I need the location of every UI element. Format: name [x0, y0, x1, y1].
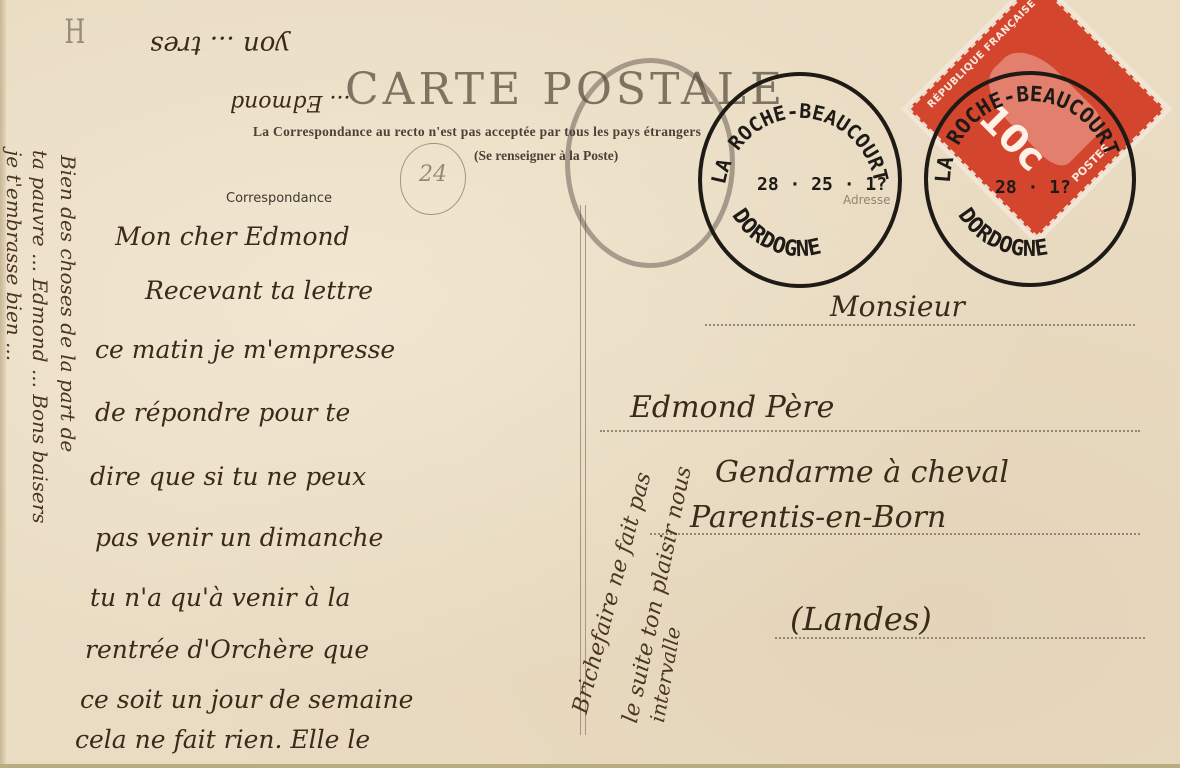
postmark-ring-icon: LA ROCHE-BEAUCOURT DORDOGNE 28 · 1? — [920, 68, 1140, 290]
message-line: Recevant ta lettre — [145, 276, 373, 305]
svg-text:28 · 1?: 28 · 1? — [995, 177, 1071, 198]
margin-note-left: Bien des choses de la part de — [56, 155, 80, 452]
message-line: cela ne fait rien. Elle le — [75, 725, 370, 754]
circled-number-text: 24 — [419, 162, 447, 187]
address-line-1: Gendarme à cheval — [715, 455, 1009, 490]
svg-text:28 · 25 · 1?: 28 · 25 · 1? — [757, 174, 887, 195]
message-line: ce matin je m'empresse — [95, 335, 395, 364]
address-salutation: Monsieur — [830, 290, 965, 323]
svg-text:DORDOGNE: DORDOGNE — [727, 204, 824, 262]
message-line: rentrée d'Orchère que — [85, 635, 369, 664]
card-edge — [0, 0, 6, 768]
postmark-2: LA ROCHE-BEAUCOURT DORDOGNE 28 · 1? — [920, 68, 1140, 290]
message-line: ce soit un jour de semaine — [80, 685, 413, 714]
svg-text:DORDOGNE: DORDOGNE — [953, 204, 1050, 262]
postcard-back: CARTE POSTALE La Correspondance au recto… — [0, 0, 1180, 768]
circled-number: 24 — [400, 143, 466, 215]
upside-down-note: ... Edmond — [230, 90, 350, 115]
message-line: de répondre pour te — [95, 398, 350, 427]
message-line: pas venir un dimanche — [95, 523, 383, 552]
correspondence-label: Correspondance — [226, 191, 332, 206]
address-name: Edmond Père — [630, 390, 834, 425]
pencil-letter: H — [64, 12, 85, 52]
message-line: tu n'a qu'à venir à la — [90, 583, 350, 612]
postmark-ring-icon: LA ROCHE-BEAUCOURT DORDOGNE 28 · 25 · 1? — [695, 70, 905, 290]
address-line-3: (Landes) — [790, 600, 932, 638]
address-line-rule — [705, 324, 1135, 326]
upside-down-note: yon ... tres — [150, 30, 290, 60]
postmark-1: LA ROCHE-BEAUCOURT DORDOGNE 28 · 25 · 1? — [695, 70, 905, 290]
margin-note-left: ta pauvre ... Edmond ... Bons baisers — [28, 150, 52, 524]
margin-note-left: je t'embrasse bien ... — [2, 150, 26, 361]
message-line: dire que si tu ne peux — [90, 462, 366, 491]
message-greeting: Mon cher Edmond — [115, 222, 350, 251]
address-line-2: Parentis-en-Born — [690, 500, 946, 535]
card-edge-bottom — [0, 764, 1180, 768]
address-line-rule — [600, 430, 1140, 432]
